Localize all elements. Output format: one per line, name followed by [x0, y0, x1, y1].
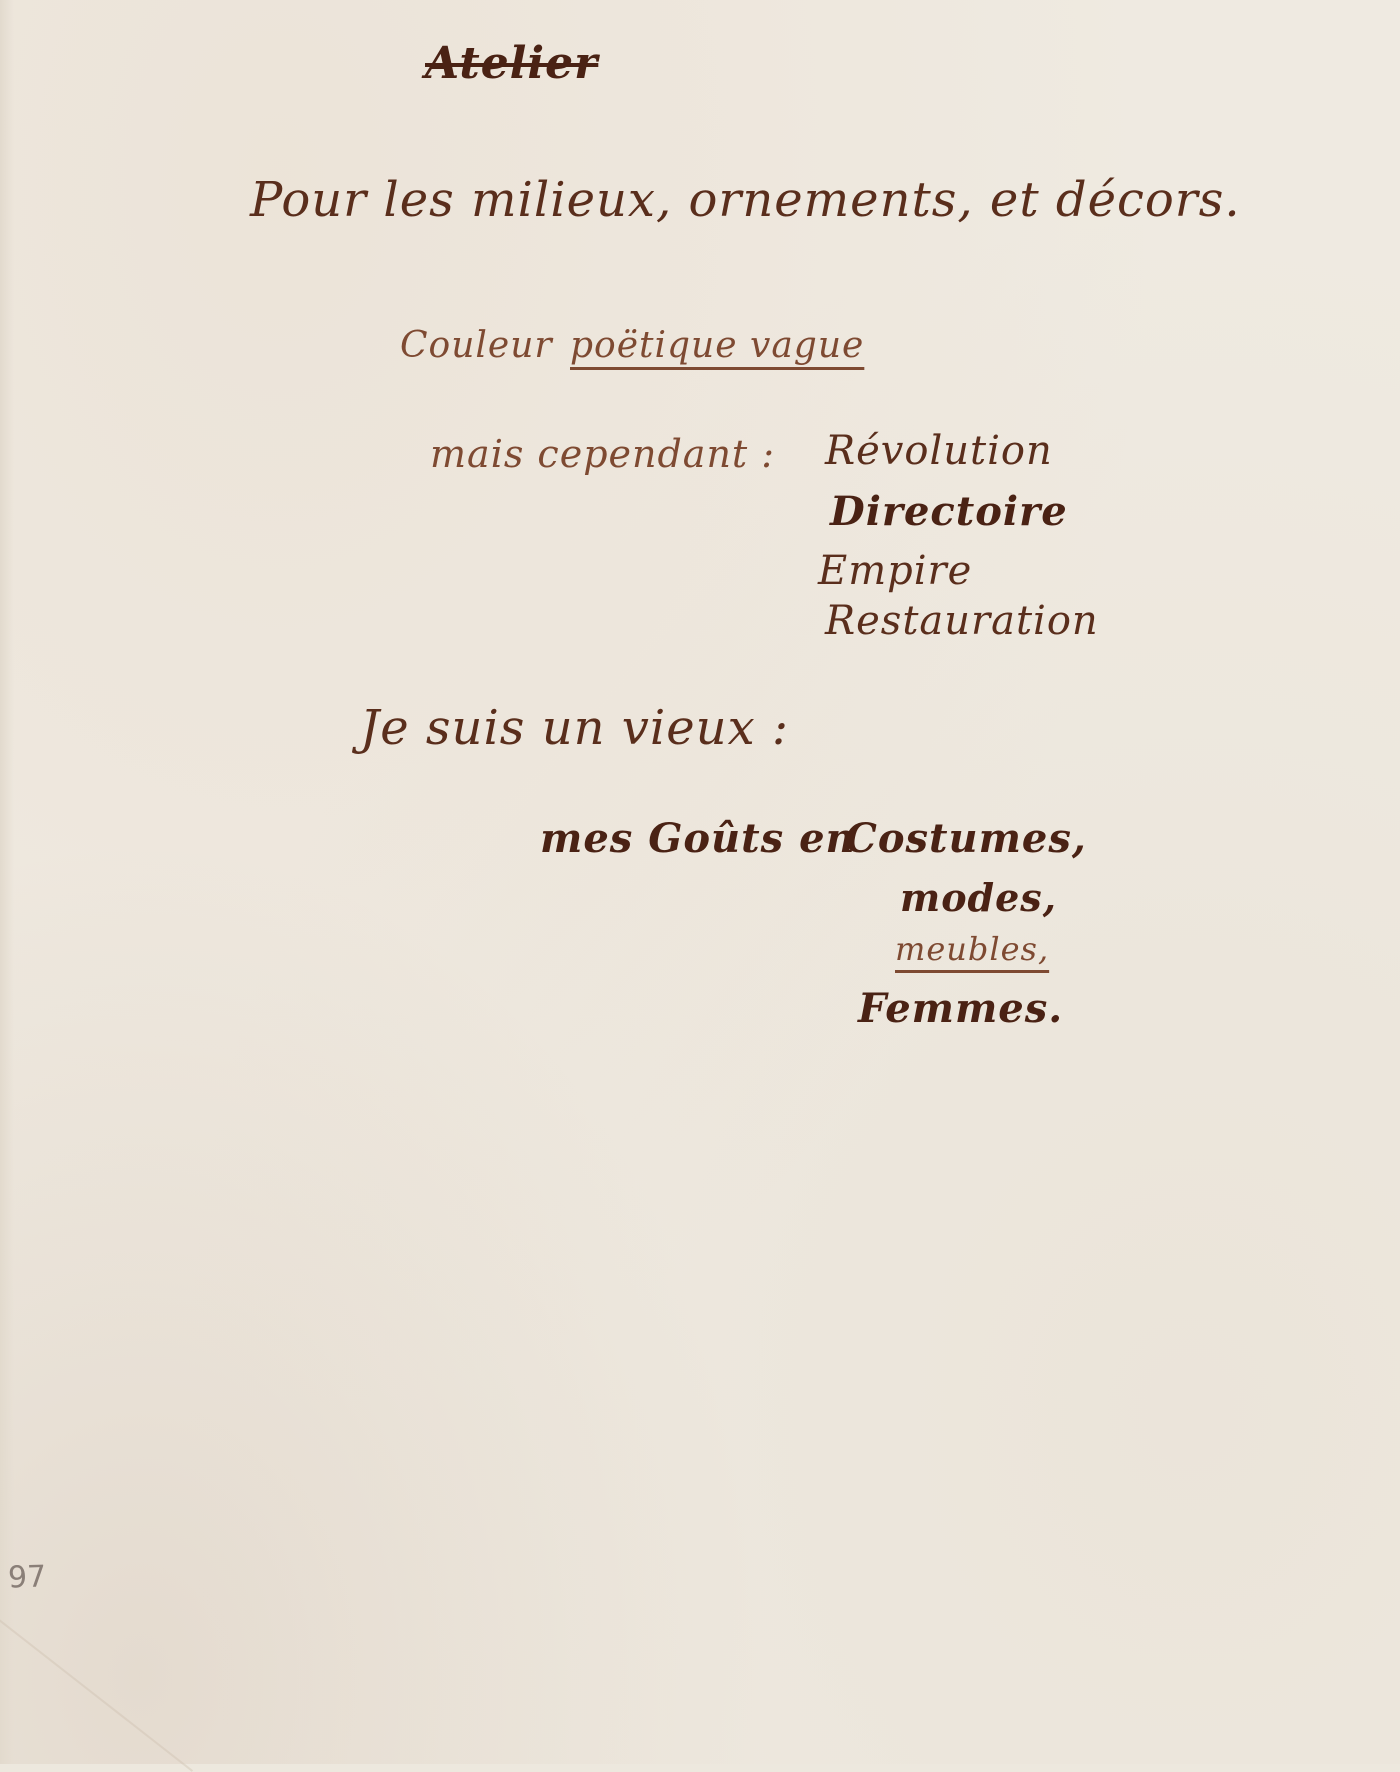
- line-vieux: Je suis un vieux :: [360, 700, 789, 756]
- taste-costumes: Costumes,: [845, 815, 1087, 862]
- era-directoire: Directoire: [830, 488, 1068, 535]
- paper-edge: [0, 0, 14, 1764]
- folio-number: 97: [7, 1559, 46, 1595]
- line-couleur-underlined: poëtique vague: [570, 325, 864, 366]
- line-cependant: mais cependant :: [430, 432, 775, 476]
- era-restauration: Restauration: [825, 598, 1099, 644]
- line-gouts: mes Goûts en: [540, 815, 856, 862]
- paper-fold-crease: [0, 1610, 193, 1764]
- era-revolution: Révolution: [825, 428, 1053, 474]
- era-empire: Empire: [818, 548, 972, 594]
- struck-heading: Atelier: [425, 38, 598, 89]
- manuscript-page: Atelier Pour les milieux, ornements, et …: [0, 0, 1400, 1764]
- taste-meubles: meubles,: [895, 930, 1049, 968]
- line-milieux: Pour les milieux, ornements, et décors.: [250, 172, 1241, 228]
- line-couleur-prefix: Couleur: [400, 325, 553, 366]
- taste-modes: modes,: [900, 875, 1057, 920]
- taste-femmes: Femmes.: [858, 985, 1063, 1032]
